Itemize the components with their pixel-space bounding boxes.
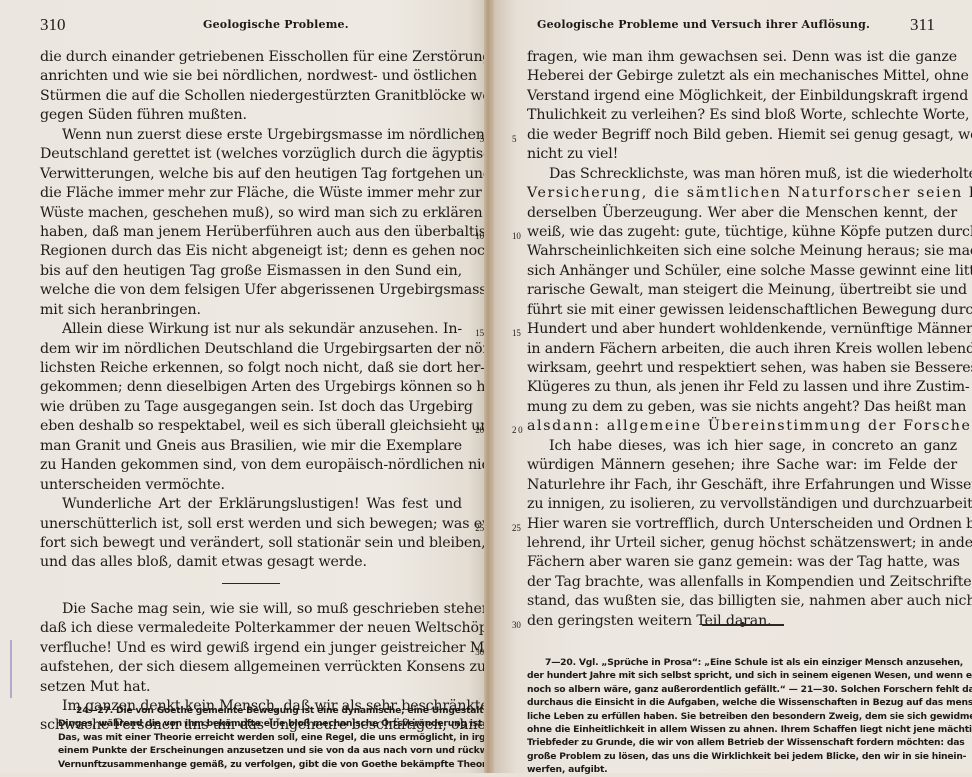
line-number: 20 [512, 421, 524, 440]
text-line: aufstehen, der sich diesem allgemeinen v… [40, 658, 462, 677]
text-line: bis auf den heutigen Tag große Eismassen… [40, 262, 462, 281]
text-line: führt sie mit einer gewissen leidenschaf… [527, 301, 957, 320]
text-line: 5die weder Begriff noch Bild geben. Hiem… [527, 126, 957, 145]
text-line: gegen Süden führen mußten. [40, 106, 462, 125]
text-line: Ich habe dieses, was ich hier sage, in c… [527, 437, 957, 456]
chapter-end-ornament [702, 624, 784, 626]
text-line: die durch einander getriebenen Eisscholl… [40, 48, 462, 67]
text-line: Wunderliche Art der Erklärungslustigen! … [40, 495, 462, 514]
footnote-line: ohne die Einheitlichkeit in allem Wissen… [527, 723, 957, 736]
text-line: Heberei der Gebirge zuletzt als ein mech… [527, 67, 957, 86]
text-line: rarische Gewalt, man steigert die Meinun… [527, 281, 957, 300]
text-line: zu innigen, zu isolieren, zu vervollstän… [527, 495, 957, 514]
footnotes: 24—27. Die von Goethe gemeinte Bewegung … [58, 704, 462, 771]
text-line: setzen Mut hat. [40, 678, 462, 697]
text-line: Verstand irgend eine Möglichkeit, der Ei… [527, 87, 957, 106]
text-line: lichsten Reiche erkennen, so folgt noch … [40, 359, 462, 378]
text-line: gekommen; denn dieselbigen Arten des Urg… [40, 378, 462, 397]
text-line: Wenn nun zuerst diese erste Urgebirgsmas… [40, 126, 462, 145]
footnote-line: Triebfeder zu Grunde, die wir von allem … [527, 736, 957, 749]
left-page: 310 Geologische Probleme. die durch eina… [0, 0, 488, 773]
text-line: stand, das wußten sie, das billigten sie… [527, 592, 957, 611]
text-line: unterscheiden vermöchte. [40, 476, 462, 495]
footnote-line: einem Punkte der Erscheinungen anzusetze… [58, 744, 462, 757]
footnote-line: Vernunftzusammenhange gemäß, zu verfolge… [58, 758, 462, 771]
text-line: der Tag brachte, was allenfalls in Kompe… [527, 573, 957, 592]
line-number: 10 [512, 227, 521, 246]
text-line: in andern Fächern arbeiten, die auch ihr… [527, 340, 957, 359]
text-line: 15Hundert und aber hundert wohldenkende,… [527, 320, 957, 339]
page-number: 310 [40, 15, 66, 35]
text-line: Allein diese Wirkung ist nur als sekundä… [40, 320, 462, 339]
text-line: wie drüben zu Tage ausgegangen sein. Ist… [40, 398, 462, 417]
text-line: wirksam, geehrt und respektiert sehen, w… [527, 359, 957, 378]
text-line: mung zu dem zu geben, was sie nichts ang… [527, 398, 957, 417]
footnote-line: Dinges, während die von ihm bekämpfte ei… [58, 717, 462, 730]
footnote-line: 7—20. Vgl. „Sprüche in Prosa“: „Eine Sch… [527, 656, 957, 669]
body-text: die durch einander getriebenen Eisscholl… [40, 48, 462, 736]
running-head: Geologische Probleme und Versuch ihrer A… [537, 18, 870, 31]
text-line: unerschütterlich ist, soll erst werden u… [40, 515, 462, 534]
text-line: Die Sache mag sein, wie sie will, so muß… [40, 600, 462, 619]
footnote-line: Das, was mit einer Theorie erreicht werd… [58, 731, 462, 744]
footnotes: 7—20. Vgl. „Sprüche in Prosa“: „Eine Sch… [527, 656, 957, 773]
text-line: Verwitterungen, welche bis auf den heuti… [40, 165, 462, 184]
footnote-line: noch so albern wäre, ganz außerordentlic… [527, 683, 957, 696]
text-line: sich Anhänger und Schüler, eine solche M… [527, 262, 957, 281]
text-line: anrichten und wie sie bei nördlichen, no… [40, 67, 462, 86]
text-line: dem wir im nördlichen Deutschland die Ur… [40, 340, 462, 359]
footnote-line: 24—27. Die von Goethe gemeinte Bewegung … [58, 704, 462, 717]
line-number: 15 [512, 324, 521, 343]
text-line: Regionen durch das Eis nicht abgeneigt i… [40, 242, 462, 261]
text-line: eben deshalb so respektabel, weil es sic… [40, 417, 462, 436]
text-line: lehrend, ihr Urteil sicher, genug höchst… [527, 534, 957, 553]
footnote-line: durchaus die Einsicht in die Aufgaben, w… [527, 696, 957, 709]
text-line: Das Schrecklichste, was man hören muß, i… [527, 165, 957, 184]
text-line: Naturlehre ihr Fach, ihr Geschäft, ihre … [527, 476, 957, 495]
book-gutter [484, 0, 494, 773]
margin-pencil-mark [10, 640, 12, 698]
text-line: man Granit und Gneis aus Brasilien, wie … [40, 437, 462, 456]
text-line: derselben Überzeugung. Wer aber die Mens… [527, 204, 957, 223]
text-line: Thulichkeit zu verleihen? Es sind bloß W… [527, 106, 957, 125]
line-number: 5 [512, 130, 516, 149]
text-line: Wahrscheinlichkeiten sich eine solche Me… [527, 242, 957, 261]
text-line: 25Hier waren sie vortrefflich, durch Unt… [527, 515, 957, 534]
text-line: daß ich diese vermaledeite Polterkammer … [40, 619, 462, 638]
text-line: welche die von dem felsigen Ufer abgeris… [40, 281, 462, 300]
text-line: fragen, wie man ihm gewachsen sei. Denn … [527, 48, 957, 67]
text-line: Deutschland gerettet ist (welches vorzüg… [40, 145, 462, 164]
text-line: 20alsdann: allgemeine Übereinstimmung de… [527, 417, 957, 436]
line-number: 30 [512, 616, 521, 635]
text-line: 10weiß, wie das zugeht: gute, tüchtige, … [527, 223, 957, 242]
text-line: haben, daß man jenem Herüberführen auch … [40, 223, 462, 242]
footnote-line: werfen, aufgibt. [527, 763, 957, 773]
text-line: verfluche! Und es wird gewiß irgend ein … [40, 639, 462, 658]
footnote-line: der hundert Jahre mit sich selbst sprich… [527, 669, 957, 682]
line-number: 25 [512, 519, 521, 538]
running-head: Geologische Probleme. [203, 18, 349, 31]
text-line: Klügeres zu thun, als jenen ihr Feld zu … [527, 378, 957, 397]
line-number: 20 [475, 421, 484, 440]
text-line: zu Handen gekommen sind, von dem europäi… [40, 456, 462, 475]
footnote-line: liche Leben zu erfüllen haben. Sie betre… [527, 710, 957, 723]
page-number: 311 [910, 15, 935, 35]
section-divider [222, 583, 280, 584]
text-line: Stürmen die auf die Schollen niedergestü… [40, 87, 462, 106]
text-line: fort sich bewegt und verändert, soll sta… [40, 534, 462, 553]
text-line: mit sich heranbringen. [40, 301, 462, 320]
body-text: fragen, wie man ihm gewachsen sei. Denn … [527, 48, 957, 631]
text-line: würdigen Männern gesehen; ihre Sache war… [527, 456, 957, 475]
text-line: Wüste machen, geschehen muß), so wird ma… [40, 204, 462, 223]
text-line: nicht zu viel! [527, 145, 957, 164]
text-line: die Fläche immer mehr zur Fläche, die Wü… [40, 184, 462, 203]
text-line: und das alles bloß, damit etwas gesagt w… [40, 553, 462, 572]
footnote-line: große Problem zu lösen, das uns die Wirk… [527, 750, 957, 763]
text-line: Fächern aber waren sie ganz gemein: was … [527, 553, 957, 572]
text-line: Versicherung, die sämtlichen Naturforsch… [527, 184, 957, 203]
